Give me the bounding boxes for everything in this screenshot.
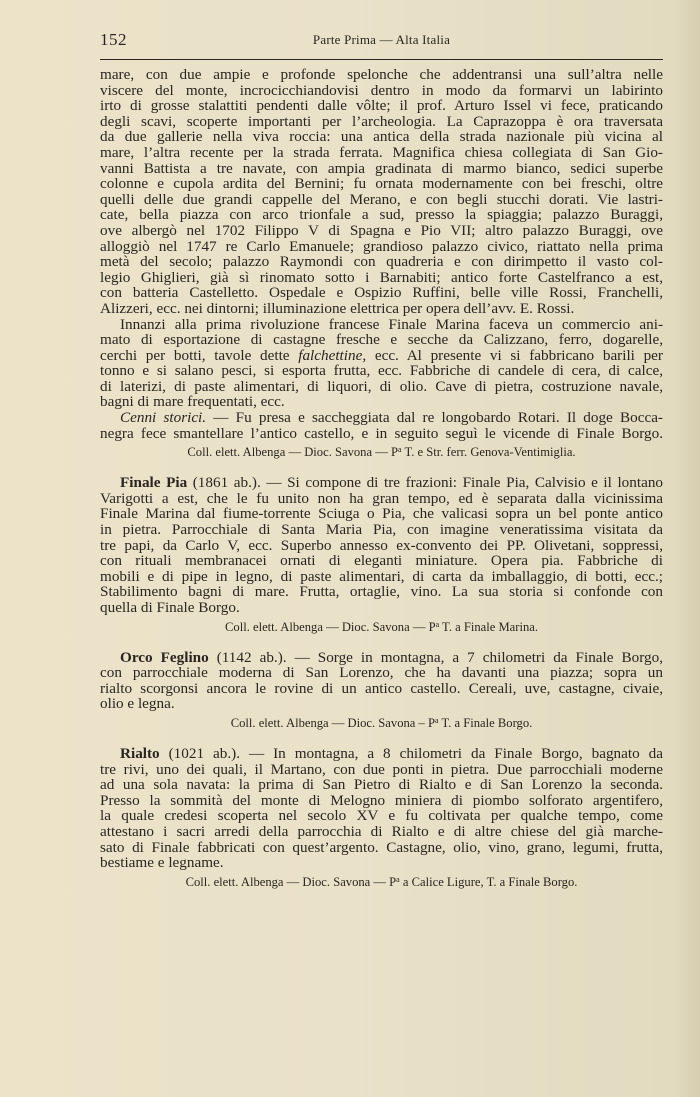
- text-line: Alizzeri, ecc. nei dintorni; illuminazio…: [100, 301, 663, 317]
- population: (1142 ab.).: [209, 650, 287, 666]
- entry-heading-line: Orco Feglino (1142 ab.). — Sorge in mont…: [100, 650, 663, 666]
- text-line: Stabilimento bagni di mare. Frutta, orta…: [100, 584, 663, 600]
- population: (1861 ab.).: [187, 475, 261, 491]
- text-line: colonne e cupola ardita del Bernini; fu …: [100, 176, 663, 192]
- entry-heading-line: Finale Pia (1861 ab.). — Si compone di t…: [100, 475, 663, 491]
- section-finale-marina: mare, con due ampie e profonde spelonche…: [100, 67, 663, 463]
- text-line: tonno e si salano pesci, si esporta frut…: [100, 363, 663, 379]
- text-line: legio Ghiglieri, già sì rinomato sotto i…: [100, 270, 663, 286]
- section-gap: [100, 463, 663, 475]
- text-span: — In montagna, a 8 chilometri da Finale …: [240, 746, 663, 762]
- running-title: Parte Prima — Alta Italia: [100, 32, 663, 48]
- text-line: bagni di mare frequentati, ecc.: [100, 394, 663, 410]
- text-line: ove albergò nel 1702 Filippo V di Spagna…: [100, 223, 663, 239]
- text-line: degli scavi, scoperte importanti per l’a…: [100, 114, 663, 130]
- text-line: alloggiò nel 1747 re Carlo Emanuele; gra…: [100, 239, 663, 255]
- text-line: quella di Finale Borgo.: [100, 600, 663, 616]
- text-line: cate, bella piazza con arco trionfale a …: [100, 207, 663, 223]
- text-span: Coll. elett. Albenga — Dioc. Savona — P: [187, 445, 398, 459]
- book-page: 152 Parte Prima — Alta Italia mare, con …: [0, 0, 700, 1097]
- text-span: — Sorge in montagna, a 7 chilometri da F…: [287, 650, 663, 666]
- citation-line: Coll. elett. Albenga — Dioc. Savona — Pa…: [100, 616, 663, 638]
- entry-name: Orco Feglino: [120, 650, 209, 666]
- text-span: a Calice Ligure, T. a Finale Borgo.: [400, 875, 578, 889]
- section-gap: [100, 734, 663, 746]
- text-span: Coll. elett. Albenga — Dioc. Savona – P: [231, 716, 435, 730]
- text-line: cerchi per botti, tavole dette falchetti…: [100, 348, 663, 364]
- text-span: — Fu presa e saccheggiata dal re longoba…: [206, 410, 663, 426]
- citation-line: Coll. elett. Albenga — Dioc. Savona — Pa…: [100, 441, 663, 463]
- text-line: di laterizi, di paste alimentari, di liq…: [100, 379, 663, 395]
- text-line: negra fece smantellare l’antico castello…: [100, 426, 663, 442]
- text-line: rialto scorgonsi ancora le rovine di un …: [100, 681, 663, 697]
- text-line: irto di grosse stalattiti pendenti dalle…: [100, 98, 663, 114]
- entry-name: Rialto: [120, 746, 160, 762]
- text-line: con batteria Castelletto. Ospedale e Osp…: [100, 285, 663, 301]
- text-line: tre papi, da Carlo V, ecc. Superbo annes…: [100, 538, 663, 554]
- text-span: T. a Finale Marina.: [439, 620, 538, 634]
- text-span: Coll. elett. Albenga — Dioc. Savona — P: [225, 620, 436, 634]
- text-line: mare, l’altra recente per la strada ferr…: [100, 145, 663, 161]
- text-line: Presso la sommità del monte di Melogno m…: [100, 793, 663, 809]
- text-line: da due gallerie nella viva roccia: una a…: [100, 129, 663, 145]
- text-span: Coll. elett. Albenga — Dioc. Savona — P: [186, 875, 397, 889]
- text-line: con rituali membranacei ornati di elegan…: [100, 553, 663, 569]
- text-line: tre rivi, uno dei quali, il Martano, con…: [100, 762, 663, 778]
- text-line: quelli delle due grandi cappelle del Mer…: [100, 192, 663, 208]
- section-finale-pia: Finale Pia (1861 ab.). — Si compone di t…: [100, 475, 663, 637]
- text-line: Varigotti a est, che le fu unito non ha …: [100, 491, 663, 507]
- text-line: Innanzi alla prima rivoluzione francese …: [100, 317, 663, 333]
- text-line: mato di esportazione di castagne fresche…: [100, 332, 663, 348]
- italic-term: falchettine: [298, 348, 362, 364]
- section-orco-feglino: Orco Feglino (1142 ab.). — Sorge in mont…: [100, 650, 663, 734]
- citation-line: Coll. elett. Albenga — Dioc. Savona – Pa…: [100, 712, 663, 734]
- section-rialto: Rialto (1021 ab.). — In montagna, a 8 ch…: [100, 746, 663, 893]
- text-line: viscere del monte, incrocicchiandovisi d…: [100, 83, 663, 99]
- body-text: mare, con due ampie e profonde spelonche…: [100, 67, 663, 893]
- header-rule: [100, 59, 663, 60]
- running-head: 152 Parte Prima — Alta Italia: [100, 30, 663, 50]
- text-line: sato di Finale fabbricati con quest’arge…: [100, 840, 663, 856]
- text-line: bestiame e legname.: [100, 855, 663, 871]
- history-label: Cenni storici.: [120, 410, 206, 426]
- section-gap: [100, 638, 663, 650]
- text-line: vanni Battista a tre navate, con ampia g…: [100, 161, 663, 177]
- text-line: olio e legna.: [100, 696, 663, 712]
- text-span: T. e Str. ferr. Genova-Ventimiglia.: [402, 445, 576, 459]
- text-line: metà del secolo; palazzo Raymondi con qu…: [100, 254, 663, 270]
- text-line: attestano i sacri arredi della parrocchi…: [100, 824, 663, 840]
- entry-heading-line: Rialto (1021 ab.). — In montagna, a 8 ch…: [100, 746, 663, 762]
- text-line: ad una sola navata: la prima di San Piet…: [100, 777, 663, 793]
- citation-line: Coll. elett. Albenga — Dioc. Savona — Pa…: [100, 871, 663, 893]
- text-line: con parrocchiale moderna di San Lorenzo,…: [100, 665, 663, 681]
- text-line: mobili e di pipe in legno, di paste alim…: [100, 569, 663, 585]
- text-line: Finale Marina dal fiume-torrente Sciuga …: [100, 506, 663, 522]
- population: (1021 ab.).: [160, 746, 240, 762]
- text-span: — Si compone di tre frazioni: Finale Pia…: [261, 475, 663, 491]
- entry-name: Finale Pia: [120, 475, 187, 491]
- text-span: T. a Finale Borgo.: [439, 716, 533, 730]
- text-span: cerchi per botti, tavole dette: [100, 348, 298, 364]
- text-line: mare, con due ampie e profonde spelonche…: [100, 67, 663, 83]
- text-line: in pietra. Parrocchiale di Santa Maria P…: [100, 522, 663, 538]
- text-line: la quale credesi scoperta nel secolo XV …: [100, 808, 663, 824]
- text-span: , ecc. Al presente vi si fabbricano bari…: [362, 348, 663, 364]
- text-line: Cenni storici. — Fu presa e saccheggiata…: [100, 410, 663, 426]
